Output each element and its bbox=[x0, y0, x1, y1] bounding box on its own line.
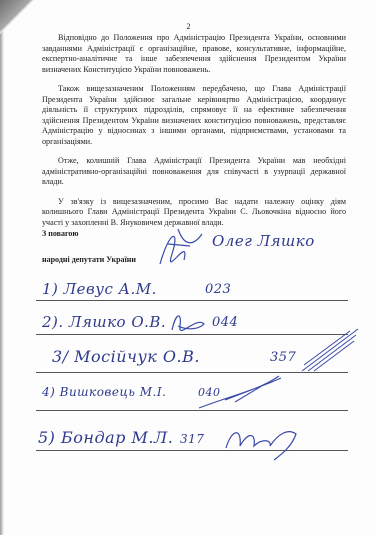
signature-entry-1: 1) Левус А.М. bbox=[42, 280, 157, 298]
paragraph-1: Відповідно до Положення про Адміністраці… bbox=[42, 33, 346, 75]
signature-entry-2: 2). Ляшко О.В. bbox=[42, 313, 166, 331]
signature-number-1: 023 bbox=[205, 282, 231, 297]
signature-scribble-4 bbox=[195, 372, 285, 412]
signature-line-5 bbox=[36, 450, 348, 451]
signatories-title: народні депутати України bbox=[42, 255, 136, 264]
signature-scribble-3 bbox=[300, 325, 362, 375]
paragraph-2: Також вищезазначеним Положенням передбач… bbox=[42, 84, 346, 147]
signature-name-main: Олег Ляшко bbox=[212, 232, 315, 250]
signature-entry-5: 5) Бондар М.Л. bbox=[38, 428, 173, 447]
signature-line-4 bbox=[36, 410, 348, 411]
paragraph-3: Отже, колишній Глава Адміністрації Прези… bbox=[42, 156, 346, 188]
closing-regards: З повагою bbox=[42, 229, 79, 238]
signature-number-2: 044 bbox=[212, 315, 238, 330]
signature-entry-4: 4) Вишковець М.І. bbox=[42, 385, 166, 399]
signature-line-3 bbox=[36, 372, 348, 373]
signature-number-5: 317 bbox=[180, 432, 204, 446]
signature-scribble-2 bbox=[168, 310, 208, 334]
letter-body: Відповідно до Положення про Адміністраці… bbox=[42, 33, 346, 237]
page-edge-shadow bbox=[0, 0, 4, 535]
scanned-document-page: 2 Відповідно до Положення про Адміністра… bbox=[0, 0, 377, 535]
signature-line-1 bbox=[36, 300, 348, 301]
signature-entry-3: 3/ Мосійчук О.В. bbox=[52, 347, 200, 366]
page-number: 2 bbox=[0, 22, 377, 31]
signature-scribble-main bbox=[150, 224, 210, 270]
signature-scribble-5 bbox=[222, 424, 302, 464]
signature-number-3: 357 bbox=[270, 350, 296, 365]
